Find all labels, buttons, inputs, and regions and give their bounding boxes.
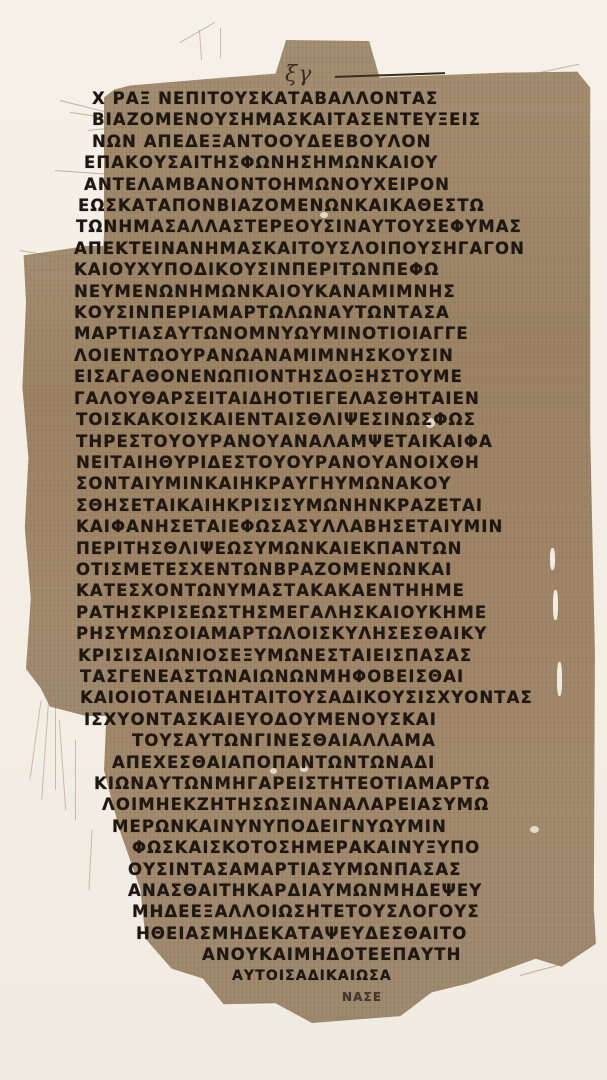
text-line: ΤΟΥΣΑΥΤΩΝΓΙΝΕΣΘΑΙΑΛΛΑΜΑ (132, 730, 562, 751)
text-line: ΕΩΣΚΑΤΑΠΟΝΒΙΑΖΟΜΕΝΩΝΚΑΙΚΑΘΕΣΤΩ (78, 195, 562, 216)
text-line: ΝΑΣΕ (342, 987, 562, 1008)
text-line: ΑΝΤΕΛΑΜΒΑΝΟΝΤΟΗΜΩΝΟΥΧΕΙΡΟΝ (84, 174, 562, 195)
text-line: ΤΟΙΣΚΑΚΟΙΣΚΑΙΕΝΤΑΙΣΘΛΙΨΕΣΙΝΩΣΦΩΣ (76, 409, 562, 430)
text-line: ΚΑΙΦΑΝΗΣΕΤΑΙΕΦΩΣΑΣΥΛΛΑΒΗΣΕΤΑΙΥΜΙΝ (76, 516, 562, 537)
text-line: ΝΕΙΤΑΙΗΘΥΡΙΔΕΣΤΟΥΟΥΡΑΝΟΥΑΝΟΙΧΘΗ (76, 452, 562, 473)
text-line: ΚΑΙΟΙΟΤΑΝΕΙΔΗΤΑΙΤΟΥΣΑΔΙΚΟΥΣΙΣΧΥΟΝΤΑΣ (80, 687, 562, 708)
text-line: ΚΟΥΣΙΝΠΕΡΙΑΜΑΡΤΩΛΩΝΑΥΤΩΝΤΑΣΑ (74, 302, 562, 323)
text-line: ΑΥΤΟΙΣΑΔΙΚΑΙΩΣΑ (232, 966, 562, 987)
text-line: ΕΙΣΑΓΑΘΟΝΕΝΩΠΙΟΝΤΗΣΔΟΞΗΣΤΟΥΜΕ (74, 366, 562, 387)
text-line: ΚΙΩΝΑΥΤΩΝΜΗΓΑΡΕΙΣΤΗΤΕΟΤΙΑΜΑΡΤΩ (94, 773, 562, 794)
text-line: ΣΟΝΤΑΙΥΜΙΝΚΑΙΗΚΡΑΥΓΗΥΜΩΝΑΚΟΥ (76, 473, 562, 494)
text-line: ΤΩΝΗΜΑΣΑΛΛΑΣΤΕΡΕΟΥΣΙΝΑΥΤΟΥΣΕΦΥΜΑΣ (76, 216, 562, 237)
text-line: ΑΝΑΣΘΑΙΤΗΚΑΡΔΙΑΥΜΩΝΜΗΔΕΨΕΥ (128, 880, 562, 901)
papyrus-leaf: ξγ Χ ΡΑΞ ΝΕΠΙΤΟΥΣΚΑΤΑΒΑΛΛΟΝΤΑΣ ΒΙΑΖΟΜΕΝΟ… (0, 0, 607, 1080)
text-line: ΡΗΣΥΜΩΣΟΙΑΜΑΡΤΩΛΟΙΣΚΥΛΗΣΕΣΘΑΙΚΥ (76, 623, 562, 644)
text-line: ΟΥΣΙΝΤΑΣΑΜΑΡΤΙΑΣΥΜΩΝΠΑΣΑΣ (128, 859, 562, 880)
text-line: ΑΠΕΧΕΣΘΑΙΑΠΟΠΑΝΤΩΝΤΩΝΑΔΙ (112, 752, 562, 773)
text-line: ΚΡΙΣΙΣΑΙΩΝΙΟΣΕΞΥΜΩΝΕΣΤΑΙΕΙΣΠΑΣΑΣ (78, 645, 562, 666)
text-line: ΑΝΟΥΚΑΙΜΗΔΟΤΕΕΠΑΥΤΗ (202, 944, 562, 965)
text-line: ΓΑΛΟΥΘΑΡΣΕΙΤΑΙΔΗΟΤΙΕΓΕΛΑΣΘΗΤΑΙΕΝ (74, 388, 562, 409)
text-line: ΕΠΑΚΟΥΣΑΙΤΗΣΦΩΝΗΣΗΜΩΝΚΑΙΟΥ (84, 152, 562, 173)
text-line: ΤΑΣΓΕΝΕΑΣΤΩΝΑΙΩΝΩΝΜΗΦΟΒΕΙΣΘΑΙ (80, 666, 562, 687)
text-line: ΗΘΕΙΑΣΜΗΔΕΚΑΤΑΨΕΥΔΕΣΘΑΙΤΟ (136, 923, 562, 944)
text-line: ΛΟΙΜΗΕΚΖΗΤΗΣΩΣΙΝΑΝΑΛΑΡΕΙΑΣΥΜΩ (102, 794, 562, 815)
text-line: ΚΑΤΕΣΧΟΝΤΩΝΥΜΑΣΤΑΚΑΚΑΕΝΤΗΗΜΕ (76, 580, 562, 601)
folio-number: ξγ (285, 62, 312, 87)
text-line: ΟΤΙΣΜΕΤΕΣΧΕΝΤΩΝΒΡΑΖΟΜΕΝΩΝΚΑΙ (76, 559, 562, 580)
manuscript-text: Χ ΡΑΞ ΝΕΠΙΤΟΥΣΚΑΤΑΒΑΛΛΟΝΤΑΣ ΒΙΑΖΟΜΕΝΟΥΣΗ… (92, 88, 562, 1008)
text-line: ΜΗΔΕΕΞΑΛΛΟΙΩΣΗΤΕΤΟΥΣΛΟΓΟΥΣ (132, 901, 562, 922)
text-line: Χ ΡΑΞ ΝΕΠΙΤΟΥΣΚΑΤΑΒΑΛΛΟΝΤΑΣ (92, 88, 562, 109)
text-line: ΠΕΡΙΤΗΣΘΛΙΨΕΩΣΥΜΩΝΚΑΙΕΚΠΑΝΤΩΝ (76, 538, 562, 559)
text-line: ΚΑΙΟΥΧΥΠΟΔΙΚΟΥΣΙΝΠΕΡΙΤΩΝΠΕΦΩ (74, 259, 562, 280)
text-line: ΑΠΕΚΤΕΙΝΑΝΗΜΑΣΚΑΙΤΟΥΣΛΟΙΠΟΥΣΗΓΑΓΟΝ (74, 238, 562, 259)
text-line: ΒΙΑΖΟΜΕΝΟΥΣΗΜΑΣΚΑΙΤΑΣΕΝΤΕΥΞΕΙΣ (92, 109, 562, 130)
text-line: ΛΟΙΕΝΤΩΟΥΡΑΝΩΑΝΑΜΙΜΝΗΣΚΟΥΣΙΝ (74, 345, 562, 366)
text-line: ΙΣΧΥΟΝΤΑΣΚΑΙΕΥΟΔΟΥΜΕΝΟΥΣΚΑΙ (84, 709, 562, 730)
text-line: ΡΑΤΗΣΚΡΙΣΕΩΣΤΗΣΜΕΓΑΛΗΣΚΑΙΟΥΚΗΜΕ (76, 602, 562, 623)
text-line: ΤΗΡΕΣΤΟΥΟΥΡΑΝΟΥΑΝΑΛΑΜΨΕΤΑΙΚΑΙΦΑ (76, 431, 562, 452)
text-line: ΣΘΗΣΕΤΑΙΚΑΙΗΚΡΙΣΙΣΥΜΩΝΗΝΚΡΑΖΕΤΑΙ (76, 495, 562, 516)
text-line: ΝΩΝ ΑΠΕΔΕΞΑΝΤΟΟΥΔΕΕΒΟΥΛΟΝ (92, 131, 562, 152)
text-line: ΜΕΡΩΝΚΑΙΝΥΝΥΠΟΔΕΙΓΝΥΩΥΜΙΝ (112, 816, 562, 837)
text-line: ΦΩΣΚΑΙΣΚΟΤΟΣΗΜΕΡΑΚΑΙΝΥΞΥΠΟ (132, 837, 562, 858)
text-line: ΜΑΡΤΙΑΣΑΥΤΩΝΟΜΝΥΩΥΜΙΝΟΤΙΟΙΑΓΓΕ (74, 323, 562, 344)
text-line: ΝΕΥΜΕΝΩΝΗΜΩΝΚΑΙΟΥΚΑΝΑΜΙΜΝΗΣ (74, 281, 562, 302)
